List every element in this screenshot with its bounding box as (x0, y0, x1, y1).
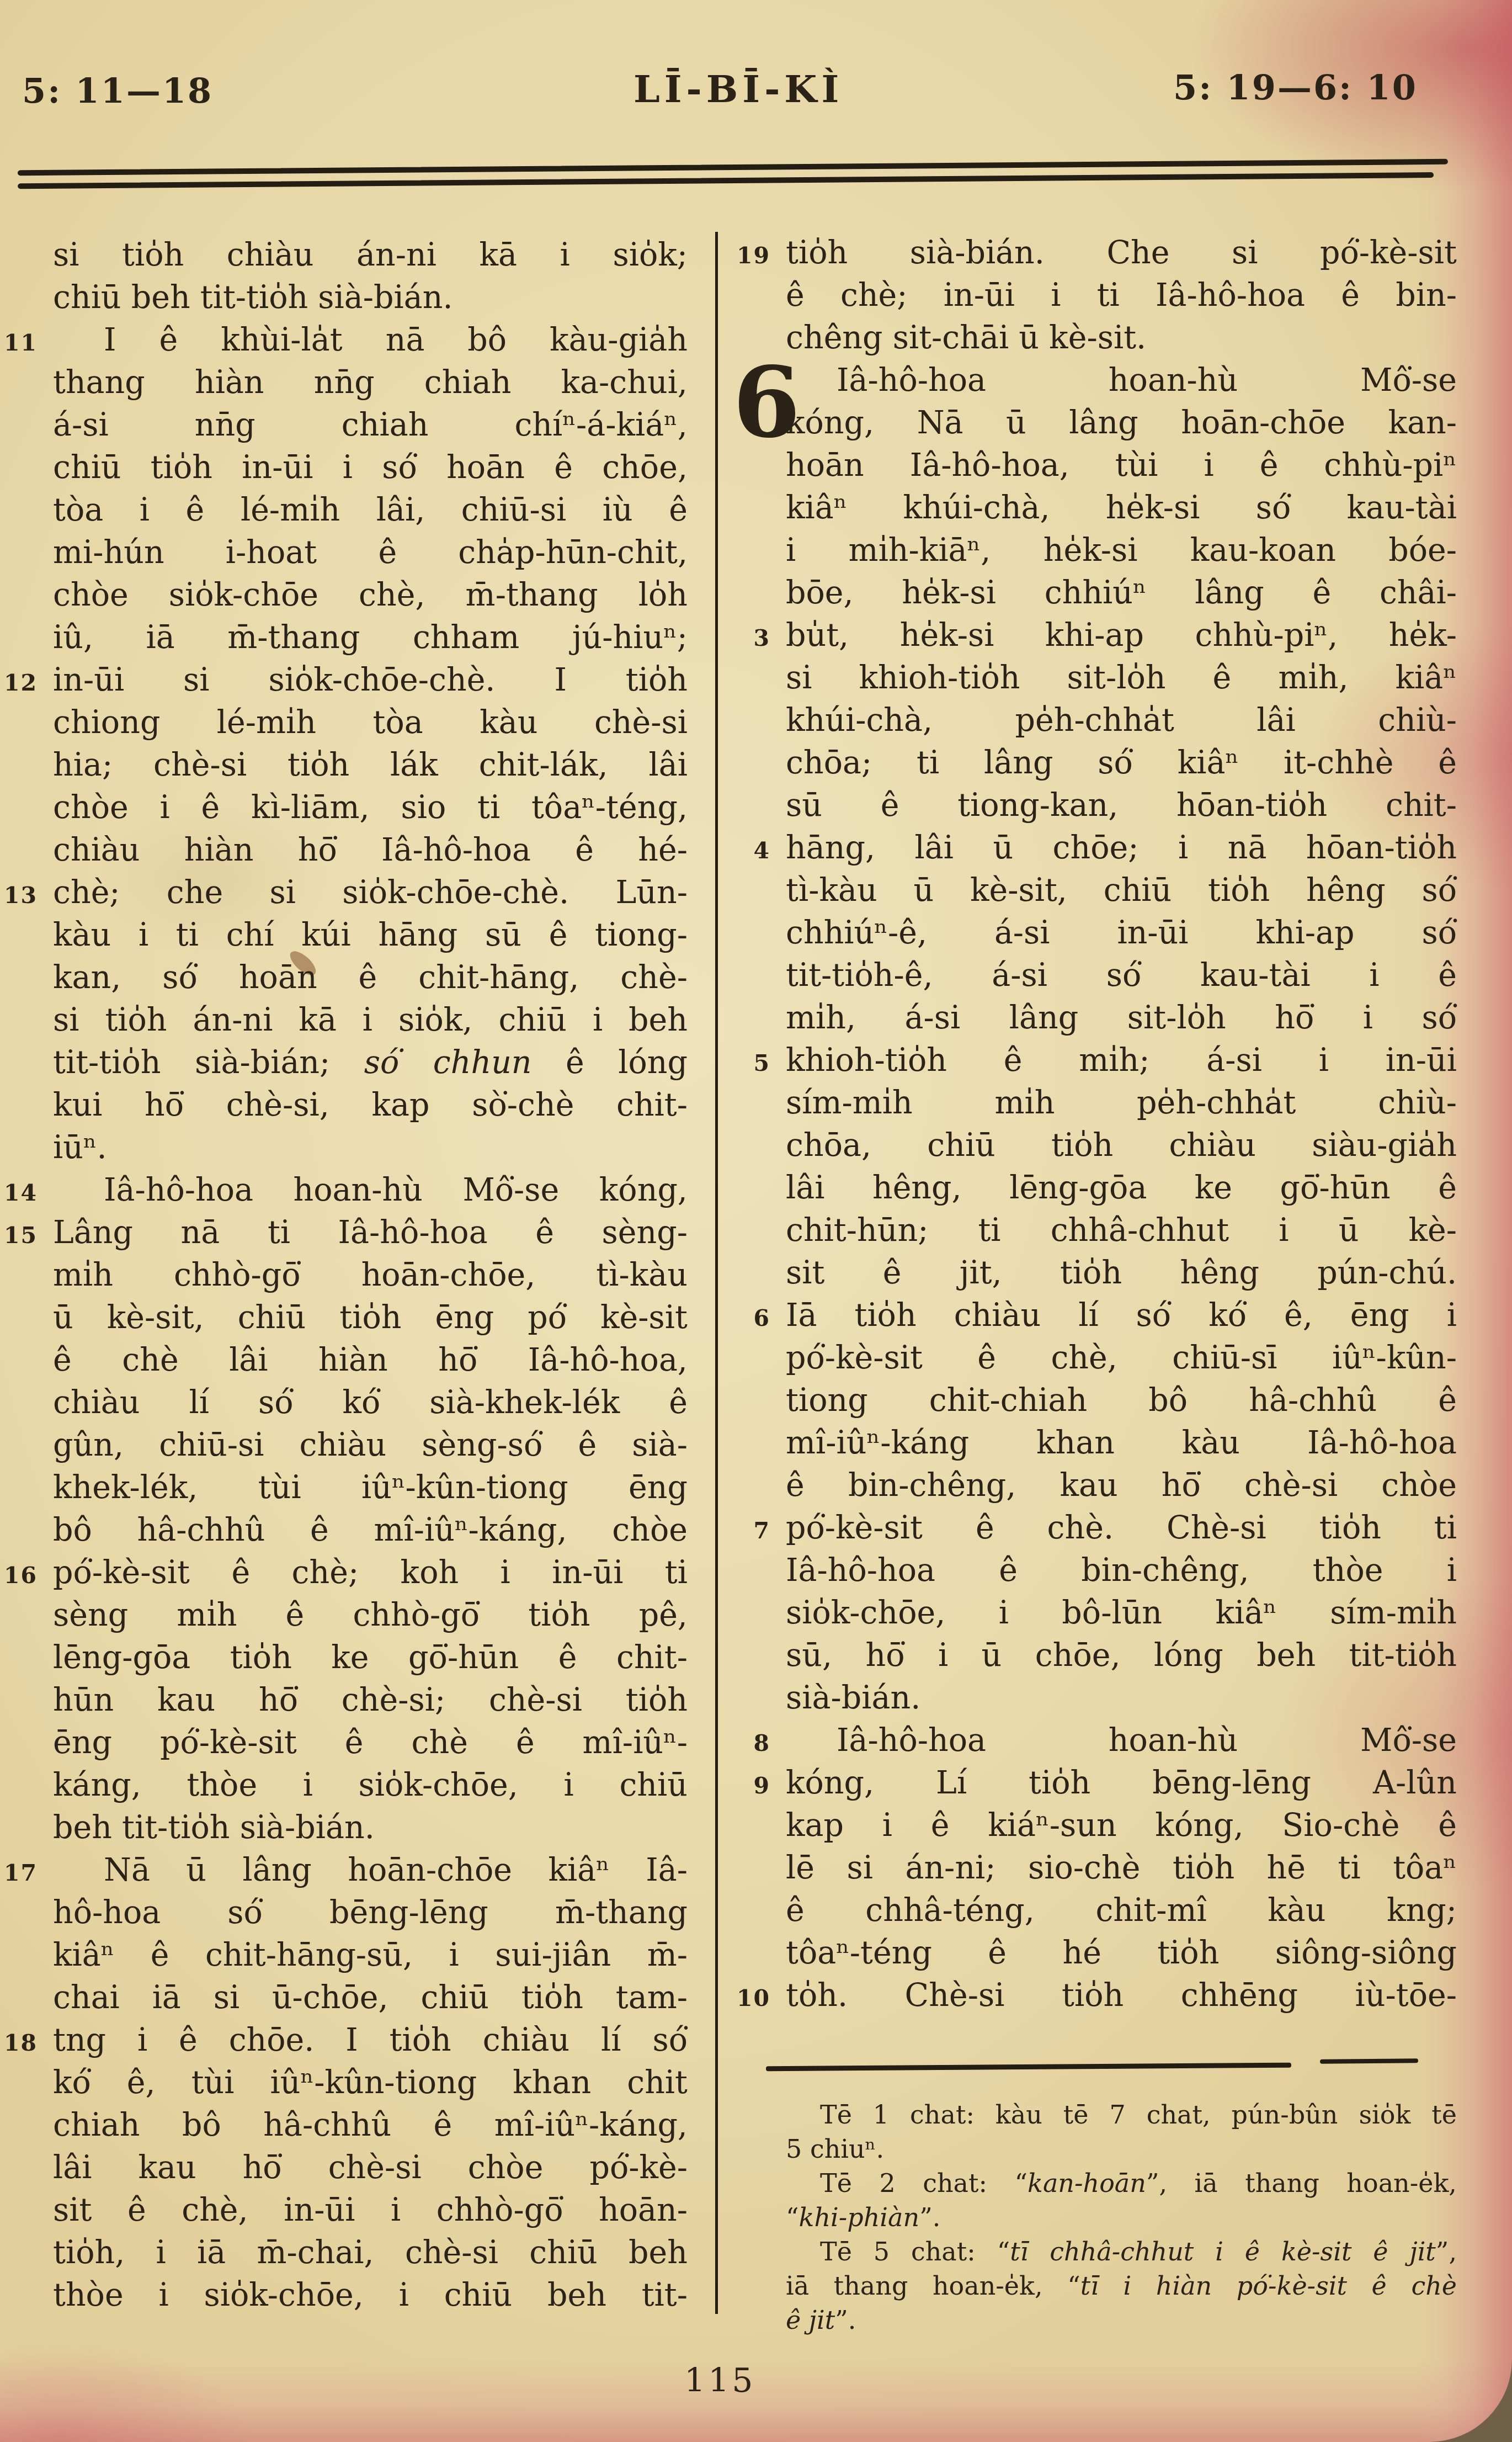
line-text: gûn, chiū-si chiàu sèng-só͘ ê sià- (53, 1427, 688, 1463)
text-line: kiâⁿ khúi-chà, he̍k-si só͘ kau-tài (786, 487, 1457, 529)
line-text: bu̍t, he̍k-si khi-ap chhù-piⁿ, he̍k- (786, 617, 1457, 654)
line-text: chit-hūn; ti chhâ-chhut i ū kè- (786, 1212, 1457, 1249)
text-line: hia; chè-si tio̍h lák chit-lák, lâi (53, 744, 688, 787)
verse-number: 3 (753, 617, 770, 660)
text-line: sio̍k-chōe, i bô-lūn kiâⁿ sím-mi̍h (786, 1592, 1457, 1634)
footnotes-block: Tē 1 chat: kàu tē 7 chat, pún-bûn sio̍k … (786, 2098, 1457, 2337)
text-line: lēng-gōa tio̍h ke gō͘-hūn ê chit- (53, 1637, 688, 1679)
verse-number: 4 (753, 830, 770, 872)
line-text: si tio̍h án-ni kā i sio̍k, chiū i beh (53, 1002, 688, 1038)
line-text: á-si nn̄g chiah chíⁿ-á-kiáⁿ, (53, 407, 688, 443)
line-text: thang hiàn nn̄g chiah ka-chui, (53, 364, 688, 401)
text-line: si tio̍h chiàu án-ni kā i sio̍k; (53, 234, 688, 277)
text-line: mî-iûⁿ-káng khan kàu Iâ-hô-hoa (786, 1422, 1457, 1464)
text-line: sím-mi̍h mi̍h pe̍h-chha̍t chiù- (786, 1082, 1457, 1124)
text-line: beh tit-tio̍h sià-bián. (53, 1807, 688, 1849)
text-line: 6 Iā tio̍h chiàu lí só͘ kó͘ ê, ēng i (786, 1294, 1457, 1337)
line-text: I ê khùi-la̍t nā bô kàu-gia̍h (104, 322, 688, 358)
line-text: kui hō͘ chè-si, kap sò͘-chè chit- (53, 1087, 688, 1123)
line-text: tit-tio̍h-ê, á-si só͘ kau-tài i ê (786, 957, 1457, 994)
line-text: ê chhâ-téng, chit-mî kàu kng; (786, 1892, 1457, 1929)
text-line: tit-tio̍h-ê, á-si só͘ kau-tài i ê (786, 954, 1457, 997)
line-text: kàu i ti chí kúi hāng sū ê tiong- (53, 917, 688, 953)
text-line: 11 I ê khùi-la̍t nā bô kàu-gia̍h (53, 319, 688, 362)
verse-number: 15 (4, 1214, 38, 1257)
text-line: 16 pó͘-kè-sit ê chè; koh i in-ūi ti (53, 1552, 688, 1594)
text-line: 7 pó͘-kè-sit ê chè. Chè-si tio̍h ti (786, 1507, 1457, 1549)
line-text: hāng, lâi ū chōe; i nā hōan-tio̍h (786, 830, 1457, 866)
text-line: iû, iā m̄-thang chham jú-hiuⁿ; (53, 617, 688, 659)
line-text: káng, thòe i sio̍k-chōe, i chiū (53, 1767, 688, 1803)
verse-number: 11 (4, 322, 38, 364)
text-line: á-si nn̄g chiah chíⁿ-á-kiáⁿ, (53, 404, 688, 447)
text-line: chai iā si ū-chōe, chiū tio̍h tam- (53, 1977, 688, 2019)
line-text: chiàu hiàn hō͘ Iâ-hô-hoa ê hé- (53, 832, 688, 868)
footnote-line: Tē 2 chat: “kan-hoān”, iā thang hoan-e̍k… (786, 2166, 1457, 2200)
line-text: Tē 5 chat: “tī chhâ-chhut i ê kè-sit ê j… (820, 2237, 1457, 2266)
line-text: hūn kau hō͘ chè-si; chè-si tio̍h (53, 1682, 688, 1718)
text-line: thang hiàn nn̄g chiah ka-chui, (53, 362, 688, 404)
line-text: sū, hō͘ i ū chōe, lóng beh tit-tio̍h (786, 1637, 1457, 1674)
line-text: thòe i sio̍k-chōe, i chiū beh tit- (53, 2277, 688, 2313)
text-line: 13 chè; che si sio̍k-chōe-chè. Lūn- (53, 872, 688, 914)
line-text: Nā ū lâng hoān-chōe kiâⁿ Iâ- (104, 1852, 688, 1888)
line-text: kan, só͘ hoān ê chit-hāng, chè- (53, 959, 688, 996)
text-line: 17 Nā ū lâng hoān-chōe kiâⁿ Iâ- (53, 1849, 688, 1892)
header-double-rule (18, 159, 1448, 189)
verse-number: 16 (4, 1554, 38, 1597)
header-verse-range-left: 5: 11—18 (22, 71, 213, 111)
line-text: hô-hoa só͘ bēng-lēng m̄-thang (53, 1894, 688, 1931)
line-text: sū ê tiong-kan, hōan-tio̍h chit- (786, 787, 1457, 824)
text-line: chhiúⁿ-ê, á-si in-ūi khi-ap só͘ (786, 912, 1457, 954)
verse-number: 14 (4, 1172, 38, 1214)
text-line: sià-bián. (786, 1677, 1457, 1719)
verse-number: 7 (753, 1510, 770, 1552)
footnote-line: Tē 5 chat: “tī chhâ-chhut i ê kè-sit ê j… (786, 2234, 1457, 2269)
text-line: ê chhâ-téng, chit-mî kàu kng; (786, 1889, 1457, 1932)
line-text: chiong lé-mi̍h tòa kàu chè-si (53, 704, 688, 741)
text-line: sèng mi̍h ê chhò-gō͘ tio̍h pê, (53, 1594, 688, 1637)
line-text: Tē 2 chat: “kan-hoān”, iā thang hoan-e̍k… (820, 2168, 1457, 2198)
text-line: kóng, Nā ū lâng hoān-chōe kan- (786, 402, 1457, 444)
line-text: Tē 1 chat: kàu tē 7 chat, pún-bûn sio̍k … (820, 2100, 1457, 2130)
line-text: khek-lék, tùi iûⁿ-kûn-tiong ēng (53, 1469, 688, 1506)
line-text: tit-tio̍h sià-bián; só͘ chhun ê lóng (53, 1044, 688, 1081)
text-line: ê chè; in-ūi i ti Iâ-hô-hoa ê bin- (786, 274, 1457, 317)
text-line: bōe, he̍k-si chhiúⁿ lâng ê châi- (786, 572, 1457, 614)
text-line: khek-lék, tùi iûⁿ-kûn-tiong ēng (53, 1467, 688, 1509)
text-line: kàu i ti chí kúi hāng sū ê tiong- (53, 914, 688, 957)
line-text: chiū beh tit-tio̍h sià-bián. (53, 279, 453, 316)
line-text: sèng mi̍h ê chhò-gō͘ tio̍h pê, (53, 1597, 688, 1633)
text-line: ēng pó͘-kè-sit ê chè ê mî-iûⁿ- (53, 1722, 688, 1764)
rule-line (18, 159, 1448, 176)
text-line: chōa, chiū tio̍h chiàu siàu-gia̍h (786, 1124, 1457, 1167)
text-line: tit-tio̍h sià-bián; só͘ chhun ê lóng (53, 1042, 688, 1084)
line-text: khúi-chà, pe̍h-chha̍t lâi chiù- (786, 702, 1457, 739)
text-line: chòe sio̍k-chōe chè, m̄-thang lo̍h (53, 574, 688, 617)
line-text: kóng, Nā ū lâng hoān-chōe kan- (786, 405, 1457, 441)
text-line: i mi̍h-kiāⁿ, he̍k-si kau-koan bóe- (786, 529, 1457, 572)
verse-number: 6 (753, 1297, 770, 1340)
line-text: chiàu lí só͘ kó͘ sià-khek-lék ê (53, 1384, 688, 1421)
line-text: tì-kàu ū kè-sit, chiū tio̍h hêng só͘ (786, 872, 1457, 909)
line-text: kó͘ ê, tùi iûⁿ-kûn-tiong khan chit (53, 2064, 688, 2101)
line-text: 5 chiuⁿ. (786, 2134, 884, 2164)
line-text: Iâ-hô-hoa hoan-hù Mô͘-se (837, 1722, 1457, 1759)
line-text: ê bin-chêng, kau hō͘ chè-si chòe (786, 1467, 1457, 1504)
verse-number: 12 (4, 662, 38, 704)
line-text: hia; chè-si tio̍h lák chit-lák, lâi (53, 747, 688, 783)
text-line: chiū tio̍h in-ūi i só͘ hoān ê chōe, (53, 447, 688, 489)
line-text: chòe sio̍k-chōe chè, m̄-thang lo̍h (53, 577, 688, 613)
text-line: 10 to̍h. Chè-si tio̍h chhēng iù-tōe- (786, 1974, 1457, 2017)
line-text: tio̍h, i iā m̄-chai, chè-si chiū beh (53, 2234, 688, 2271)
verse-number: 17 (4, 1852, 38, 1894)
line-text: mi̍h, á-si lâng sit-lo̍h hō͘ i só͘ (786, 1000, 1457, 1036)
text-line: 8 Iâ-hô-hoa hoan-hù Mô͘-se (786, 1719, 1457, 1762)
text-line: ê bin-chêng, kau hō͘ chè-si chòe (786, 1464, 1457, 1507)
footnote-line: ê jit”. (786, 2303, 1457, 2337)
text-line: 3 bu̍t, he̍k-si khi-ap chhù-piⁿ, he̍k- (786, 614, 1457, 657)
text-line: bô hâ-chhû ê mî-iûⁿ-káng, chòe (53, 1509, 688, 1552)
text-line: mi̍h chhò-gō͘ hoān-chōe, tì-kàu (53, 1254, 688, 1297)
text-line: chiū beh tit-tio̍h sià-bián. (53, 277, 688, 319)
text-line: tì-kàu ū kè-sit, chiū tio̍h hêng só͘ (786, 869, 1457, 912)
line-text: chêng sit-chāi ū kè-sit. (786, 320, 1146, 356)
line-text: sit ê jit, tio̍h hêng pún-chú. (786, 1255, 1457, 1291)
text-line: hūn kau hō͘ chè-si; chè-si tio̍h (53, 1679, 688, 1722)
text-line: hô-hoa só͘ bēng-lēng m̄-thang (53, 1892, 688, 1934)
footnote-line: “khi-phiàn”. (786, 2200, 1457, 2234)
text-line: 18 tng i ê chōe. I tio̍h chiàu lí só͘ (53, 2019, 688, 2062)
line-text: kóng, Lí tio̍h bēng-lēng A-lûn (786, 1765, 1457, 1801)
line-text: khioh-tio̍h ê mi̍h; á-si i in-ūi (786, 1042, 1457, 1079)
line-text: tiong chit-chiah bô hâ-chhû ê (786, 1382, 1457, 1419)
line-text: ê jit”. (786, 2305, 856, 2335)
text-line: kap i ê kiáⁿ-sun kóng, Sio-chè ê (786, 1804, 1457, 1847)
line-text: hoān Iâ-hô-hoa, tùi i ê chhù-piⁿ (786, 447, 1457, 484)
line-text: tio̍h sià-bián. Che si pó͘-kè-sit (786, 235, 1457, 271)
verse-number: 8 (753, 1722, 770, 1765)
text-line: kui hō͘ chè-si, kap sò͘-chè chit- (53, 1084, 688, 1127)
line-text: lâi kau hō͘ chè-si chòe pó͘-kè- (53, 2149, 688, 2186)
column-divider (715, 232, 718, 2314)
text-line: kiâⁿ ê chit-hāng-sū, i sui-jiân m̄- (53, 1934, 688, 1977)
text-line: hoān Iâ-hô-hoa, tùi i ê chhù-piⁿ (786, 444, 1457, 487)
line-text: tôaⁿ-téng ê hé tio̍h siông-siông (786, 1935, 1457, 1971)
footnote-line: iā thang hoan-e̍k, “tī i hiàn pó͘-kè-sit… (786, 2269, 1457, 2303)
line-text: chōa, chiū tio̍h chiàu siàu-gia̍h (786, 1127, 1457, 1164)
verse-number: 13 (4, 874, 38, 917)
page-number: 115 (684, 2361, 756, 2400)
text-line: iūⁿ. (53, 1127, 688, 1169)
line-text: mi̍h chhò-gō͘ hoān-chōe, tì-kàu (53, 1257, 688, 1293)
text-line: kó͘ ê, tùi iûⁿ-kûn-tiong khan chit (53, 2062, 688, 2104)
text-line: ê chè lâi hiàn hō͘ Iâ-hô-hoa, (53, 1339, 688, 1382)
line-text: Iâ-hô-hoa hoan-hù Mô͘-se (837, 362, 1457, 399)
line-text: bōe, he̍k-si chhiúⁿ lâng ê châi- (786, 575, 1457, 611)
line-text: chhiúⁿ-ê, á-si in-ūi khi-ap só͘ (786, 915, 1457, 951)
text-line: chiàu hiàn hō͘ Iâ-hô-hoa ê hé- (53, 829, 688, 872)
text-line: chiah bô hâ-chhû ê mî-iûⁿ-káng, (53, 2104, 688, 2147)
line-text: sím-mi̍h mi̍h pe̍h-chha̍t chiù- (786, 1085, 1457, 1121)
line-text: beh tit-tio̍h sià-bián. (53, 1809, 375, 1846)
text-line: lē si án-ni; sio-chè tio̍h hē ti tôaⁿ (786, 1847, 1457, 1889)
text-line: 15 Lâng nā ti Iâ-hô-hoa ê sèng- (53, 1212, 688, 1254)
text-line: tio̍h, i iā m̄-chai, chè-si chiū beh (53, 2232, 688, 2274)
line-text: si khioh-tio̍h sit-lo̍h ê mi̍h, kiâⁿ (786, 660, 1457, 696)
footnote-line: Tē 1 chat: kàu tē 7 chat, pún-bûn sio̍k … (786, 2098, 1457, 2132)
line-text: ê chè; in-ūi i ti Iâ-hô-hoa ê bin- (786, 277, 1457, 314)
page-title: LĪ-BĪ-KÌ (633, 67, 843, 112)
text-line: tôaⁿ-téng ê hé tio̍h siông-siông (786, 1932, 1457, 1974)
line-text: pó͘-kè-sit ê chè, chiū-sī iûⁿ-kûn- (786, 1340, 1457, 1376)
line-text: iūⁿ. (53, 1129, 107, 1166)
text-line: tiong chit-chiah bô hâ-chhû ê (786, 1379, 1457, 1422)
footnote-line: 5 chiuⁿ. (786, 2132, 1457, 2166)
line-text: chè; che si sio̍k-chōe-chè. Lūn- (53, 874, 688, 911)
line-text: lâi hêng, lēng-gōa ke gō͘-hūn ê (786, 1170, 1457, 1206)
line-text: tng i ê chōe. I tio̍h chiàu lí só͘ (53, 2022, 688, 2058)
text-line: sū ê tiong-kan, hōan-tio̍h chit- (786, 784, 1457, 827)
text-line: chiong lé-mi̍h tòa kàu chè-si (53, 702, 688, 744)
text-line: mi-hún i-hoat ê cha̍p-hūn-chit, (53, 532, 688, 574)
text-line: sit ê chè, in-ūi i chhò-gō͘ hoān- (53, 2189, 688, 2232)
verse-number: 9 (753, 1765, 770, 1807)
right-text-column: 6 19 tio̍h sià-bián. Che si pó͘-kè-sit ê… (786, 232, 1457, 2017)
line-text: iû, iā m̄-thang chham jú-hiuⁿ; (53, 619, 688, 656)
left-text-column: si tio̍h chiàu án-ni kā i sio̍k; chiū be… (53, 234, 688, 2317)
line-text: si tio̍h chiàu án-ni kā i sio̍k; (53, 237, 688, 273)
text-line: Iâ-hô-hoa hoan-hù Mô͘-se (786, 359, 1457, 402)
line-text: ū kè-sit, chiū tio̍h ēng pó͘ kè-sit (53, 1299, 688, 1336)
line-text: Iâ-hô-hoa ê bin-chêng, thòe i (786, 1552, 1457, 1589)
line-text: chiah bô hâ-chhû ê mî-iûⁿ-káng, (53, 2107, 688, 2143)
text-line: 19 tio̍h sià-bián. Che si pó͘-kè-sit (786, 232, 1457, 274)
text-line: sū, hō͘ i ū chōe, lóng beh tit-tio̍h (786, 1634, 1457, 1677)
line-text: kiâⁿ ê chit-hāng-sū, i sui-jiân m̄- (53, 1937, 688, 1973)
line-text: mi-hún i-hoat ê cha̍p-hūn-chit, (53, 534, 688, 571)
line-text: lēng-gōa tio̍h ke gō͘-hūn ê chit- (53, 1639, 688, 1676)
text-line: gûn, chiū-si chiàu sèng-só͘ ê sià- (53, 1424, 688, 1467)
footnote-rule (766, 2063, 1291, 2072)
line-text: Iā tio̍h chiàu lí só͘ kó͘ ê, ēng i (786, 1297, 1457, 1334)
line-text: to̍h. Chè-si tio̍h chhēng iù-tōe- (786, 1977, 1457, 2014)
line-text: sio̍k-chōe, i bô-lūn kiâⁿ sím-mi̍h (786, 1595, 1457, 1631)
text-line: sit ê jit, tio̍h hêng pún-chú. (786, 1252, 1457, 1294)
line-text: “khi-phiàn”. (786, 2202, 940, 2232)
line-text: pó͘-kè-sit ê chè; koh i in-ūi ti (53, 1554, 688, 1591)
text-line: chêng sit-chāi ū kè-sit. (786, 317, 1457, 359)
line-text: kap i ê kiáⁿ-sun kóng, Sio-chè ê (786, 1807, 1457, 1844)
text-line: pó͘-kè-sit ê chè, chiū-sī iûⁿ-kûn- (786, 1337, 1457, 1379)
text-line: 5 khioh-tio̍h ê mi̍h; á-si i in-ūi (786, 1039, 1457, 1082)
text-line: chit-hūn; ti chhâ-chhut i ū kè- (786, 1209, 1457, 1252)
text-line: 14 Iâ-hô-hoa hoan-hù Mô͘-se kóng, (53, 1169, 688, 1212)
line-text: iā thang hoan-e̍k, “tī i hiàn pó͘-kè-sit… (786, 2271, 1457, 2301)
line-text: mî-iûⁿ-káng khan kàu Iâ-hô-hoa (786, 1425, 1457, 1461)
text-line: chòe i ê kì-liām, sio ti tôaⁿ-téng, (53, 787, 688, 829)
text-line: si tio̍h án-ni kā i sio̍k, chiū i beh (53, 999, 688, 1042)
verse-number: 10 (737, 1977, 770, 2020)
footnote-rule-short (1320, 2058, 1418, 2064)
text-line: ū kè-sit, chiū tio̍h ēng pó͘ kè-sit (53, 1297, 688, 1339)
header-verse-range-right: 5: 19—6: 10 (1173, 67, 1418, 108)
line-text: lē si án-ni; sio-chè tio̍h hē ti tôaⁿ (786, 1850, 1457, 1886)
text-line: si khioh-tio̍h sit-lo̍h ê mi̍h, kiâⁿ (786, 657, 1457, 699)
text-line: káng, thòe i sio̍k-chōe, i chiū (53, 1764, 688, 1807)
text-line: lâi hêng, lēng-gōa ke gō͘-hūn ê (786, 1167, 1457, 1209)
text-line: khúi-chà, pe̍h-chha̍t lâi chiù- (786, 699, 1457, 742)
line-text: chai iā si ū-chōe, chiū tio̍h tam- (53, 1979, 688, 2016)
verse-number: 5 (753, 1042, 770, 1085)
line-text: sià-bián. (786, 1680, 920, 1716)
line-text: ê chè lâi hiàn hō͘ Iâ-hô-hoa, (53, 1342, 688, 1378)
line-text: bô hâ-chhû ê mî-iûⁿ-káng, chòe (53, 1512, 688, 1548)
text-line: tòa i ê lé-mi̍h lâi, chiū-si iù ê (53, 489, 688, 532)
text-line: mi̍h, á-si lâng sit-lo̍h hō͘ i só͘ (786, 997, 1457, 1039)
text-line: 4 hāng, lâi ū chōe; i nā hōan-tio̍h (786, 827, 1457, 869)
rule-line (18, 172, 1434, 189)
line-text: chòe i ê kì-liām, sio ti tôaⁿ-téng, (53, 789, 688, 826)
text-line: 12 in-ūi si sio̍k-chōe-chè. I tio̍h (53, 659, 688, 702)
line-text: pó͘-kè-sit ê chè. Chè-si tio̍h ti (786, 1510, 1457, 1546)
line-text: Lâng nā ti Iâ-hô-hoa ê sèng- (53, 1214, 688, 1251)
line-text: in-ūi si sio̍k-chōe-chè. I tio̍h (53, 662, 688, 698)
text-line: chōa; ti lâng só͘ kiâⁿ it-chhè ê (786, 742, 1457, 784)
text-line: Iâ-hô-hoa ê bin-chêng, thòe i (786, 1549, 1457, 1592)
line-text: chōa; ti lâng só͘ kiâⁿ it-chhè ê (786, 745, 1457, 781)
line-text: Iâ-hô-hoa hoan-hù Mô͘-se kóng, (104, 1172, 688, 1208)
text-line: kan, só͘ hoān ê chit-hāng, chè- (53, 957, 688, 999)
text-line: thòe i sio̍k-chōe, i chiū beh tit- (53, 2274, 688, 2317)
verse-number: 19 (737, 235, 770, 277)
line-text: tòa i ê lé-mi̍h lâi, chiū-si iù ê (53, 492, 688, 528)
scanned-book-page: 5: 11—18 LĪ-BĪ-KÌ 5: 19—6: 10 si tio̍h c… (0, 0, 1512, 2442)
text-line: 9 kóng, Lí tio̍h bēng-lēng A-lûn (786, 1762, 1457, 1804)
line-text: ēng pó͘-kè-sit ê chè ê mî-iûⁿ- (53, 1724, 688, 1761)
line-text: sit ê chè, in-ūi i chhò-gō͘ hoān- (53, 2192, 688, 2228)
text-line: chiàu lí só͘ kó͘ sià-khek-lék ê (53, 1382, 688, 1424)
line-text: kiâⁿ khúi-chà, he̍k-si só͘ kau-tài (786, 490, 1457, 526)
line-text: i mi̍h-kiāⁿ, he̍k-si kau-koan bóe- (786, 532, 1457, 569)
text-line: lâi kau hō͘ chè-si chòe pó͘-kè- (53, 2147, 688, 2189)
line-text: chiū tio̍h in-ūi i só͘ hoān ê chōe, (53, 449, 688, 486)
verse-number: 18 (4, 2022, 38, 2064)
